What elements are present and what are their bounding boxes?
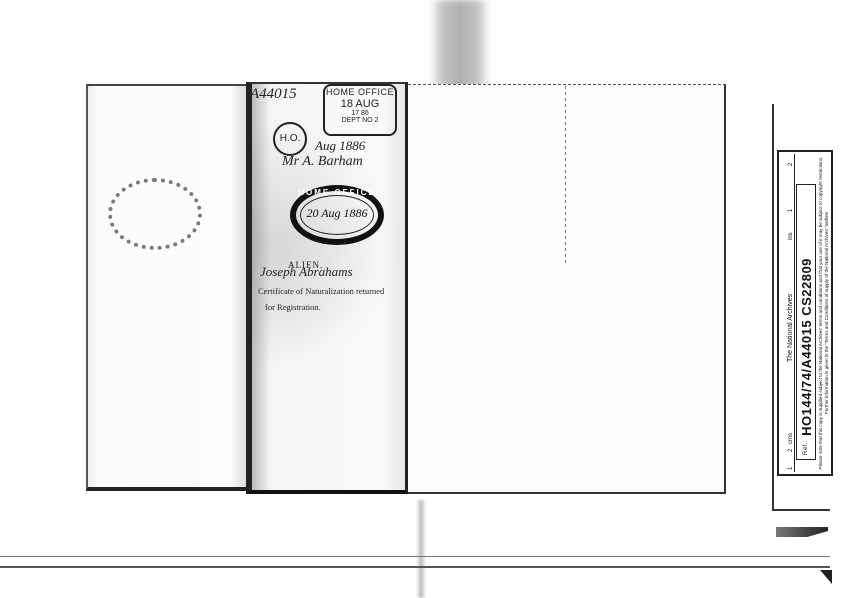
stamp-date: 18 AUG — [325, 98, 395, 110]
ruler-mark: 2 — [788, 449, 794, 452]
ruler-mark: 1 — [788, 467, 794, 470]
fold-line — [565, 86, 566, 266]
oval-stamp-date: 20 Aug 1886 — [296, 206, 378, 221]
ruler-mark: 2 — [788, 163, 794, 166]
ref-label: Ref.: — [803, 440, 809, 455]
handwritten-name: Mr A. Barham — [282, 154, 363, 170]
archive-reference: HO144/74/A44015 CS22809 — [799, 258, 814, 436]
ruler-unit-cms: cms — [788, 433, 794, 444]
ho-circle-stamp: H.O. — [273, 122, 307, 156]
label-ruler-row: 1 2 cms The National Archives ins 1 2 — [780, 154, 795, 472]
reference-box: Ref.: HO144/74/A44015 CS22809 — [796, 184, 816, 460]
certificate-description-cont: for Registration. — [265, 302, 321, 312]
certificate-description: Certificate of Naturalization returned — [258, 286, 384, 296]
copyright-notice: Please note that this copy is supplied s… — [818, 154, 829, 472]
ruler-unit-ins: ins — [788, 232, 794, 240]
label-content: 1 2 cms The National Archives ins 1 2 Re… — [780, 154, 830, 472]
document-right-panel — [408, 84, 726, 494]
home-office-oval-stamp: HOME OFFICE 20 Aug 1886 — [290, 185, 384, 245]
stamp-dept: DEPT NO 2 — [325, 117, 395, 124]
national-archives-label: 1 2 cms The National Archives ins 1 2 Re… — [777, 150, 833, 476]
alien-name: Joseph Abrahams — [260, 264, 353, 280]
scan-smudge-bottom — [416, 500, 426, 598]
label-frame-line — [772, 104, 774, 510]
archive-title: The National Archives — [787, 294, 794, 362]
faded-oval-stamp — [108, 178, 202, 250]
scan-edge-line — [0, 566, 830, 568]
ruler-mark: 1 — [788, 209, 794, 212]
oval-stamp-text: HOME OFFICE — [296, 188, 378, 197]
stamp-title: HOME OFFICE — [325, 87, 395, 97]
stamp-year: 17 86 — [325, 110, 395, 117]
label-frame-bottom — [772, 509, 830, 511]
document-left-panel — [86, 84, 246, 491]
handwritten-date: Aug 1886 — [315, 138, 365, 154]
scan-artifact — [820, 570, 832, 584]
scan-artifact — [776, 527, 828, 537]
scan-edge-line — [0, 556, 830, 557]
reference-number: A44015 — [250, 86, 297, 103]
home-office-received-stamp: HOME OFFICE 18 AUG 17 86 DEPT NO 2 — [323, 84, 397, 136]
